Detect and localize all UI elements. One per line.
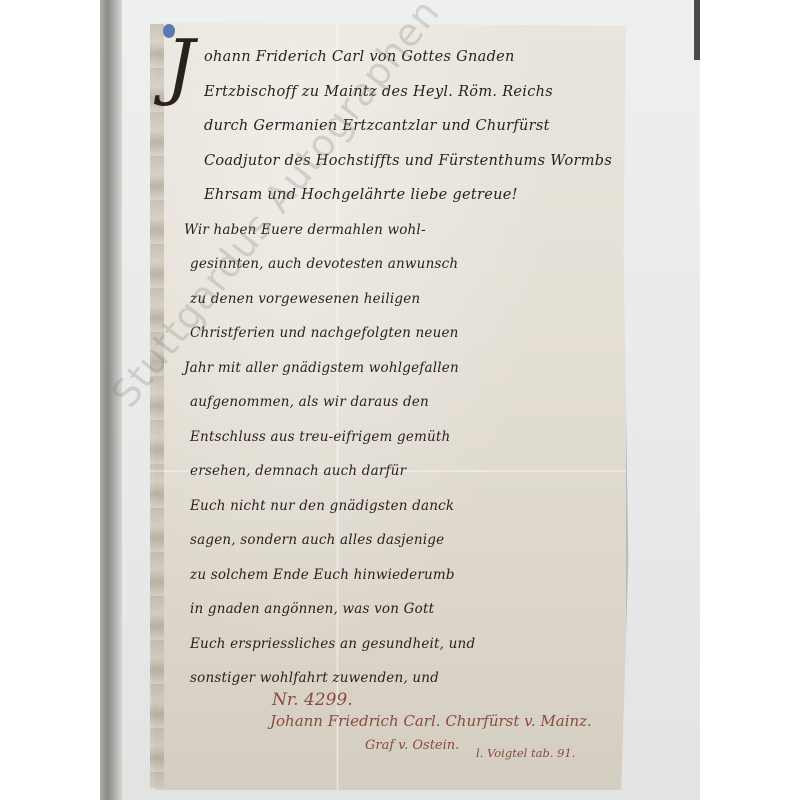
letter-line: aufgenommen, als wir daraus den (176, 385, 622, 420)
archive-author-title: Graf v. Ostein. (365, 738, 459, 753)
ornamental-initial: J (166, 30, 195, 102)
letter-line: Euch nicht nur den gnädigsten danck (176, 489, 622, 524)
letter-line: ohann Friderich Carl von Gottes Gnaden (176, 40, 622, 75)
letter-line: ersehen, demnach auch darfür (176, 454, 622, 489)
letter-line: gesinnten, auch devotesten anwunsch (176, 247, 622, 282)
letter-line: Ertzbischoff zu Maintz des Heyl. Röm. Re… (176, 75, 622, 110)
letter-line: in gnaden angönnen, was von Gott (176, 592, 622, 627)
archive-reference: l. Voigtel tab. 91. (476, 746, 575, 760)
torn-edge (150, 24, 164, 788)
mount-edge (694, 0, 700, 60)
letter-line: Euch erspriessliches an gesundheit, und (176, 627, 622, 662)
letter-body: J ohann Friderich Carl von Gottes Gnaden… (176, 40, 622, 696)
letter-line: Ehrsam und Hochgelährte liebe getreue! (176, 178, 622, 213)
photo-stage: J ohann Friderich Carl von Gottes Gnaden… (0, 0, 800, 800)
archive-author-name: Johann Friedrich Carl. Churfürst v. Main… (270, 712, 592, 730)
letter-line: zu solchem Ende Euch hinwiederumb (176, 558, 622, 593)
letter-line: Wir haben Euere dermahlen wohl- (176, 213, 622, 248)
letter-line: Christferien und nachgefolgten neuen (176, 316, 622, 351)
letter-line: Entschluss aus treu-eifrigem gemüth (176, 420, 622, 455)
letter-line: Coadjutor des Hochstiffts und Fürstenthu… (176, 144, 622, 179)
mount-shadow (100, 0, 122, 800)
letter-line: sonstiger wohlfahrt zuwenden, und (176, 661, 622, 696)
letter-line: Jahr mit aller gnädigstem wohlgefallen (176, 351, 622, 386)
letter-line: zu denen vorgewesenen heiligen (176, 282, 622, 317)
letter-line: durch Germanien Ertzcantzlar und Churfür… (176, 109, 622, 144)
archive-number: Nr. 4299. (272, 690, 353, 710)
letter-line: sagen, sondern auch alles dasjenige (176, 523, 622, 558)
